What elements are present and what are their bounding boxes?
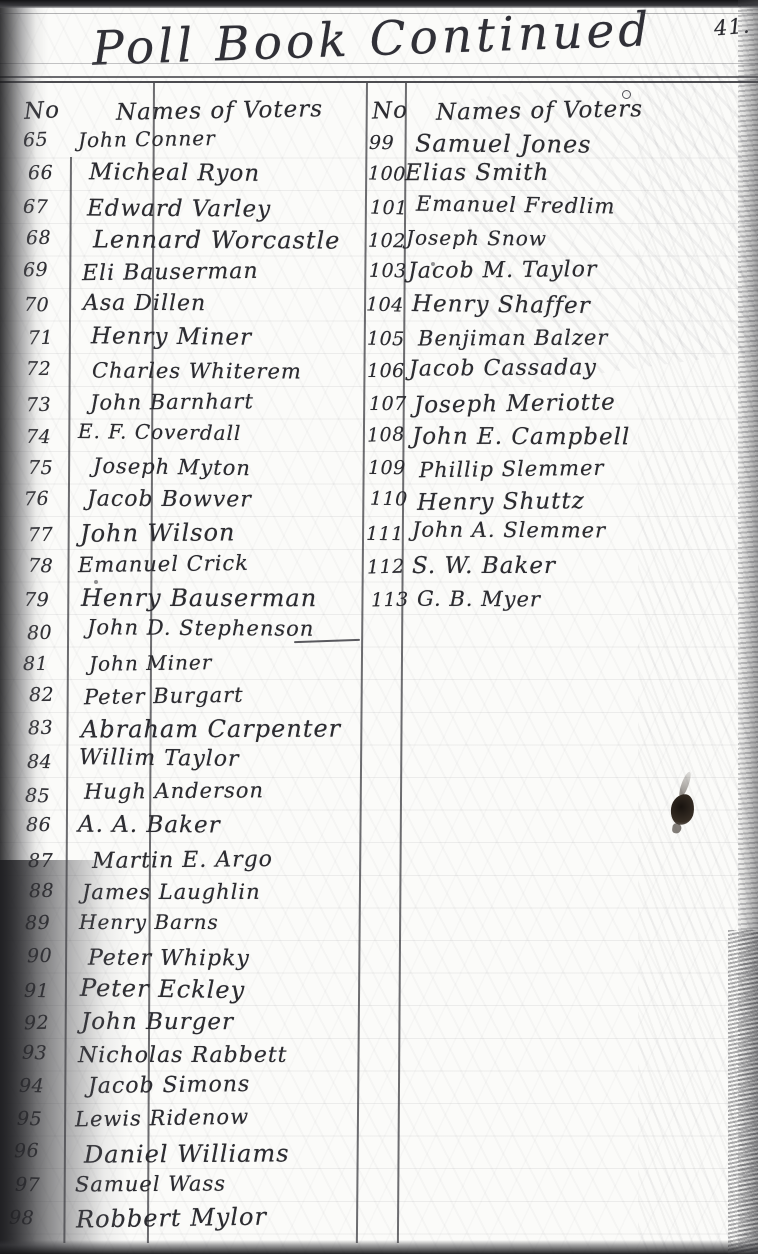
voter-name: E. F. Coverdall <box>78 419 242 445</box>
scan-edge-left-bottom <box>0 860 130 1254</box>
voter-no: 105 <box>366 327 404 350</box>
voter-name: Jacob Bowver <box>87 486 252 512</box>
voter-name: Abraham Carpenter <box>81 715 341 744</box>
voter-no: 109 <box>368 457 406 479</box>
right-no-header: No <box>372 97 409 124</box>
voter-no: 111 <box>366 523 404 545</box>
voter-no: 108 <box>366 423 404 446</box>
right-names-header: Names of Voters <box>436 96 643 126</box>
voter-name: John E. Campbell <box>412 423 630 450</box>
voter-no: 107 <box>369 393 407 415</box>
voter-no: 99 <box>369 132 395 154</box>
left-names-header: Names of Voters <box>116 96 323 126</box>
voter-no: 104 <box>366 293 404 316</box>
scan-edge-bottom <box>0 1240 758 1254</box>
voter-name: Henry Miner <box>90 323 251 351</box>
voter-no: 112 <box>367 555 405 578</box>
voter-no: 101 <box>370 197 408 220</box>
scan-edge-right-low <box>728 930 758 1254</box>
voter-name: Joseph Myton <box>93 454 251 480</box>
voter-name: Benjiman Balzer <box>418 326 609 351</box>
voter-name: John Miner <box>89 650 213 676</box>
voter-no: 103 <box>369 259 407 281</box>
voter-name: Charles Whiterem <box>92 359 302 384</box>
title-underline-lower <box>0 81 758 83</box>
voter-name: Emanuel Fredlim <box>416 191 616 218</box>
voter-name: Henry Bauserman <box>81 584 317 612</box>
voter-name: Eli Bauserman <box>82 259 259 286</box>
voter-name: John A. Slemmer <box>412 518 606 543</box>
voter-name: G. B. Myer <box>417 587 541 612</box>
voter-name: Peter Burgart <box>84 683 244 709</box>
ink-speck <box>94 580 98 584</box>
voter-name: Hugh Anderson <box>84 779 264 805</box>
voter-name: John Barnhart <box>90 390 254 416</box>
voter-name: Emanuel Crick <box>78 551 249 577</box>
scan-edge-top-line <box>0 13 758 14</box>
voter-name: John Conner <box>78 126 216 152</box>
voter-no: 100 <box>368 162 406 185</box>
scan-edge-top <box>0 0 758 8</box>
voter-name: S. W. Baker <box>412 553 556 579</box>
title-underline-upper <box>0 76 758 78</box>
voter-name: Jacob M. Taylor <box>408 257 598 284</box>
voter-name: Joseph Snow <box>406 225 547 250</box>
voter-name: Jacob Cassaday <box>409 355 597 381</box>
voter-name: Samuel Jones <box>415 129 592 158</box>
voter-no: 106 <box>366 360 404 382</box>
ink-speck <box>431 262 435 266</box>
title-rule-faint <box>0 63 758 64</box>
voter-name: A. A. Baker <box>78 812 221 839</box>
voter-no: 110 <box>369 488 407 511</box>
voter-name: Elias Smith <box>405 160 549 186</box>
voter-name: Phillip Slemmer <box>419 455 605 481</box>
ink-blot <box>669 793 696 827</box>
poll-book-page-scan: Poll Book Continued 41. No Names of Vote… <box>0 0 758 1254</box>
voter-name: Edward Varley <box>87 195 271 222</box>
voter-name: Willim Taylor <box>79 746 240 773</box>
voter-name: Henry Shaffer <box>412 291 591 319</box>
ink-speck <box>622 90 631 99</box>
voter-no: 102 <box>368 230 406 253</box>
voter-name: Lennard Worcastle <box>93 225 341 254</box>
voter-no: 113 <box>370 589 408 612</box>
voter-name: John Wilson <box>80 518 236 547</box>
voter-name: Henry Shuttz <box>416 488 584 516</box>
voter-name: Asa Dillen <box>83 291 206 316</box>
voter-name: Micheal Ryon <box>89 159 260 186</box>
right-number-column-rule <box>397 83 407 1243</box>
voter-name: Joseph Meriotte <box>414 390 616 419</box>
center-divider-rule <box>356 83 368 1243</box>
voter-name: John D. Stephenson <box>87 616 315 642</box>
